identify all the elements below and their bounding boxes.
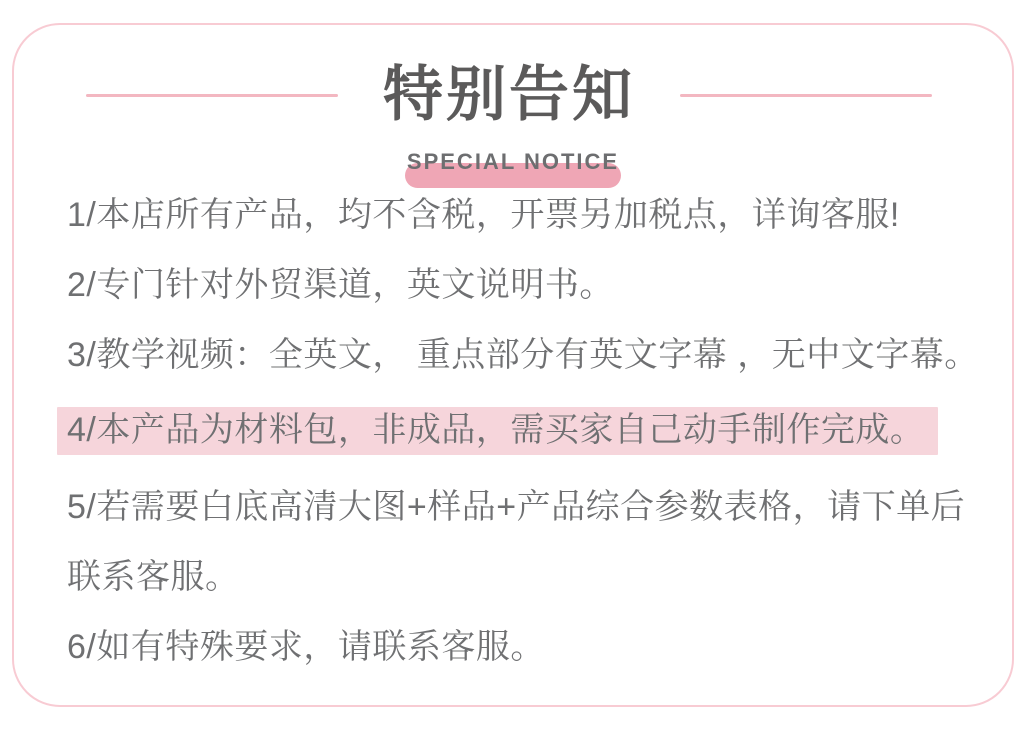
notice-card-border: 特别告知 SPECIAL NOTICE 1/本店所有产品，均不含税，开票另加税点… bbox=[12, 23, 1014, 707]
page-title: 特别告知 bbox=[383, 63, 635, 127]
notice-item-4: 4/本产品为材料包，非成品，需买家自己动手制作完成。 bbox=[67, 407, 977, 455]
notice-item-6: 6/如有特殊要求，请联系客服。 bbox=[67, 629, 977, 665]
notice-item-4-highlight: 4/本产品为材料包，非成品，需买家自己动手制作完成。 bbox=[57, 407, 938, 455]
special-notice-page: 特别告知 SPECIAL NOTICE 1/本店所有产品，均不含税，开票另加税点… bbox=[0, 0, 1024, 734]
title-decor-line-left bbox=[86, 94, 338, 97]
notice-item-5-line-2: 联系客服。 bbox=[67, 559, 977, 595]
notice-item-5-line-1: 5/若需要白底高清大图+样品+产品综合参数表格，请下单后 bbox=[67, 489, 977, 525]
page-subtitle: SPECIAL NOTICE bbox=[407, 149, 619, 175]
subtitle-block: SPECIAL NOTICE bbox=[14, 137, 1012, 193]
notice-item-1: 1/本店所有产品，均不含税，开票另加税点，详询客服! bbox=[67, 197, 977, 233]
notice-list: 1/本店所有产品，均不含税，开票另加税点，详询客服! 2/专门针对外贸渠道，英文… bbox=[67, 197, 977, 699]
notice-item-3: 3/教学视频：全英文， 重点部分有英文字幕 ，无中文字幕。 bbox=[67, 337, 977, 373]
notice-item-2: 2/专门针对外贸渠道，英文说明书。 bbox=[67, 267, 977, 303]
title-row: 特别告知 bbox=[14, 63, 1012, 127]
title-decor-line-right bbox=[680, 94, 932, 97]
